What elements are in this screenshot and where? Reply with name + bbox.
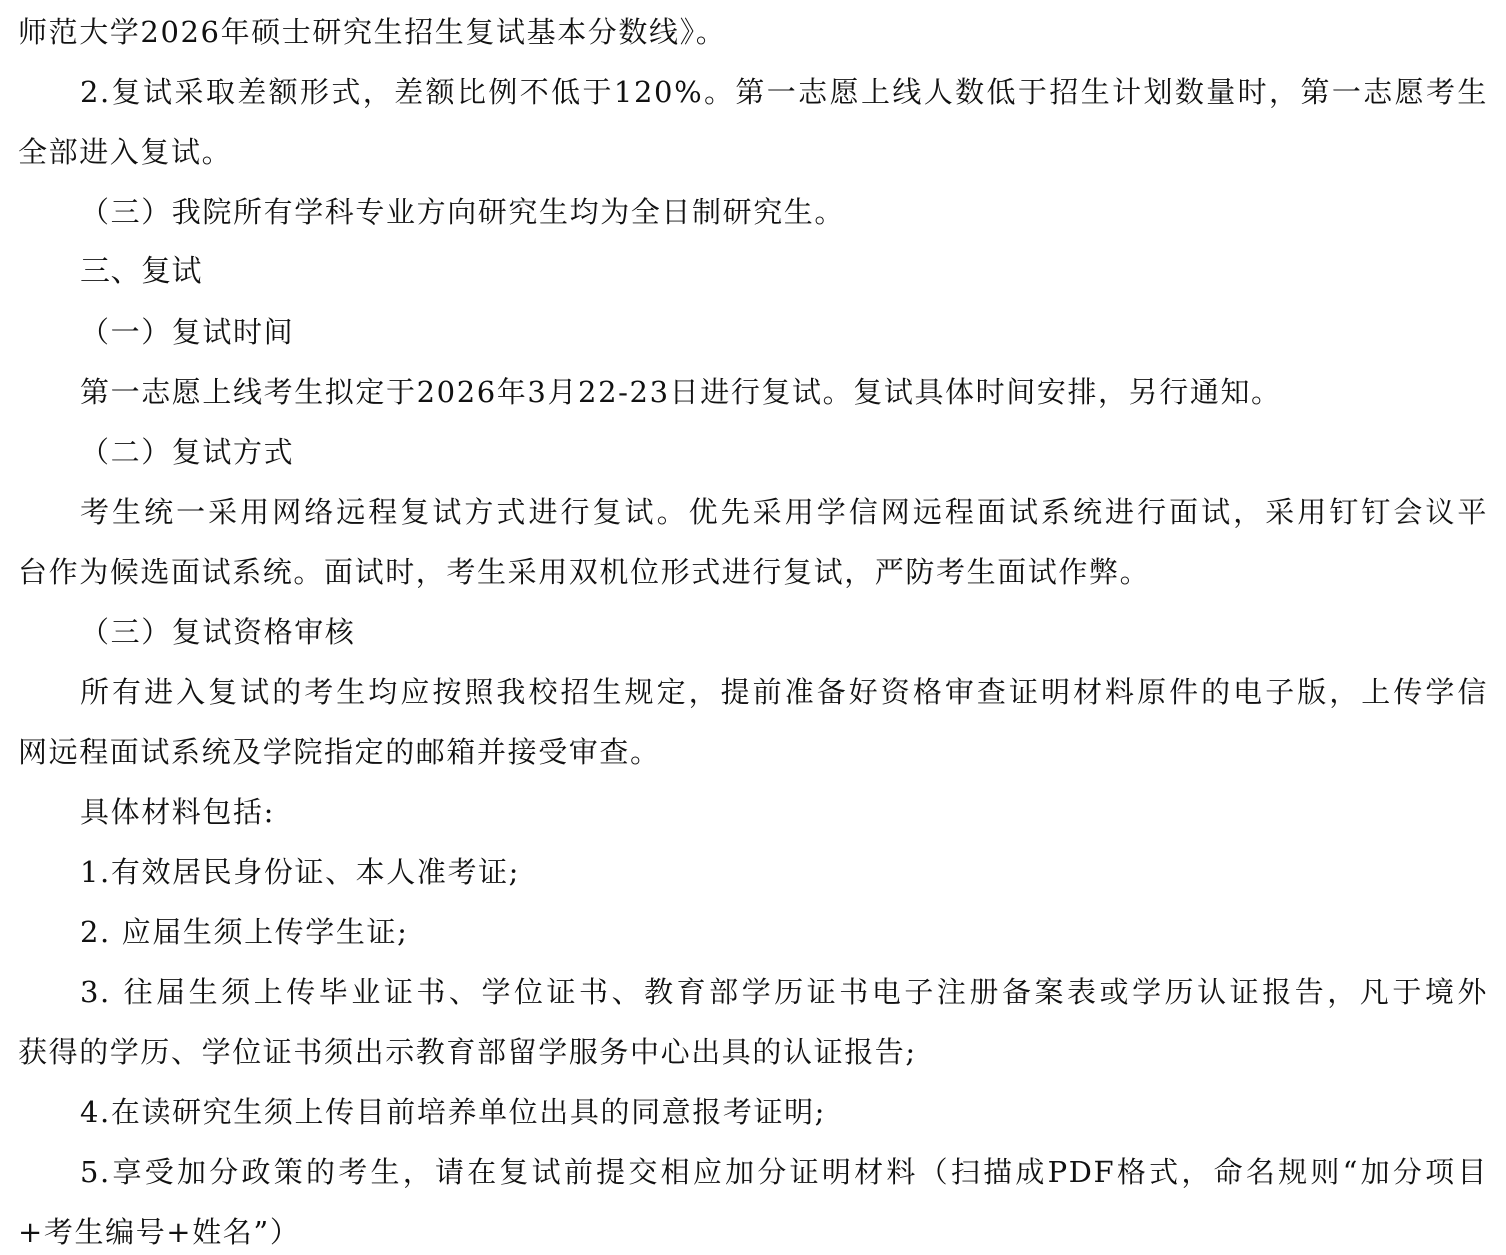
section-heading-retest: 三、复试 xyxy=(80,242,202,302)
document-page: 师范大学2026年硕士研究生招生复试基本分数线》。 2.复试采取差额形式，差额比… xyxy=(0,0,1506,1255)
list-item-4: 4.在读研究生须上传目前培养单位出具的同意报考证明; xyxy=(80,1082,826,1142)
subheading-fulltime: （三）我院所有学科专业方向研究生均为全日制研究生。 xyxy=(80,182,845,242)
paragraph-line-intro-end: 师范大学2026年硕士研究生招生复试基本分数线》。 xyxy=(18,2,726,62)
subheading-qualification-review: （三）复试资格审核 xyxy=(80,602,355,662)
list-item-3: 3. 往届生须上传毕业证书、学位证书、教育部学历证书电子注册备案表或学历认证报告… xyxy=(80,962,1488,1022)
paragraph-line-margin-rule-cont: 全部进入复试。 xyxy=(18,122,232,182)
list-item-2: 2. 应届生须上传学生证; xyxy=(80,902,408,962)
paragraph-retest-method-cont: 台作为候选面试系统。面试时，考生采用双机位形式进行复试，严防考生面试作弊。 xyxy=(18,542,1150,602)
list-item-5: 5.享受加分政策的考生，请在复试前提交相应加分证明材料（扫描成PDF格式，命名规… xyxy=(80,1142,1488,1202)
subheading-retest-time: （一）复试时间 xyxy=(80,302,294,362)
subheading-retest-method: （二）复试方式 xyxy=(80,422,294,482)
list-item-3-cont: 获得的学历、学位证书须出示教育部留学服务中心出具的认证报告; xyxy=(18,1022,917,1082)
paragraph-qualification-review-cont: 网远程面试系统及学院指定的邮箱并接受审查。 xyxy=(18,722,661,782)
list-item-1: 1.有效居民身份证、本人准考证; xyxy=(80,842,520,902)
paragraph-retest-method: 考生统一采用网络远程复试方式进行复试。优先采用学信网远程面试系统进行面试，采用钉… xyxy=(80,482,1488,542)
paragraph-line-margin-rule: 2.复试采取差额形式，差额比例不低于120%。第一志愿上线人数低于招生计划数量时… xyxy=(80,62,1488,122)
paragraph-retest-time: 第一志愿上线考生拟定于2026年3月22-23日进行复试。复试具体时间安排，另行… xyxy=(80,362,1282,422)
list-item-5-cont: +考生编号+姓名”） xyxy=(18,1202,300,1255)
paragraph-qualification-review: 所有进入复试的考生均应按照我校招生规定，提前准备好资格审查证明材料原件的电子版，… xyxy=(80,662,1488,722)
materials-intro: 具体材料包括: xyxy=(80,782,275,842)
